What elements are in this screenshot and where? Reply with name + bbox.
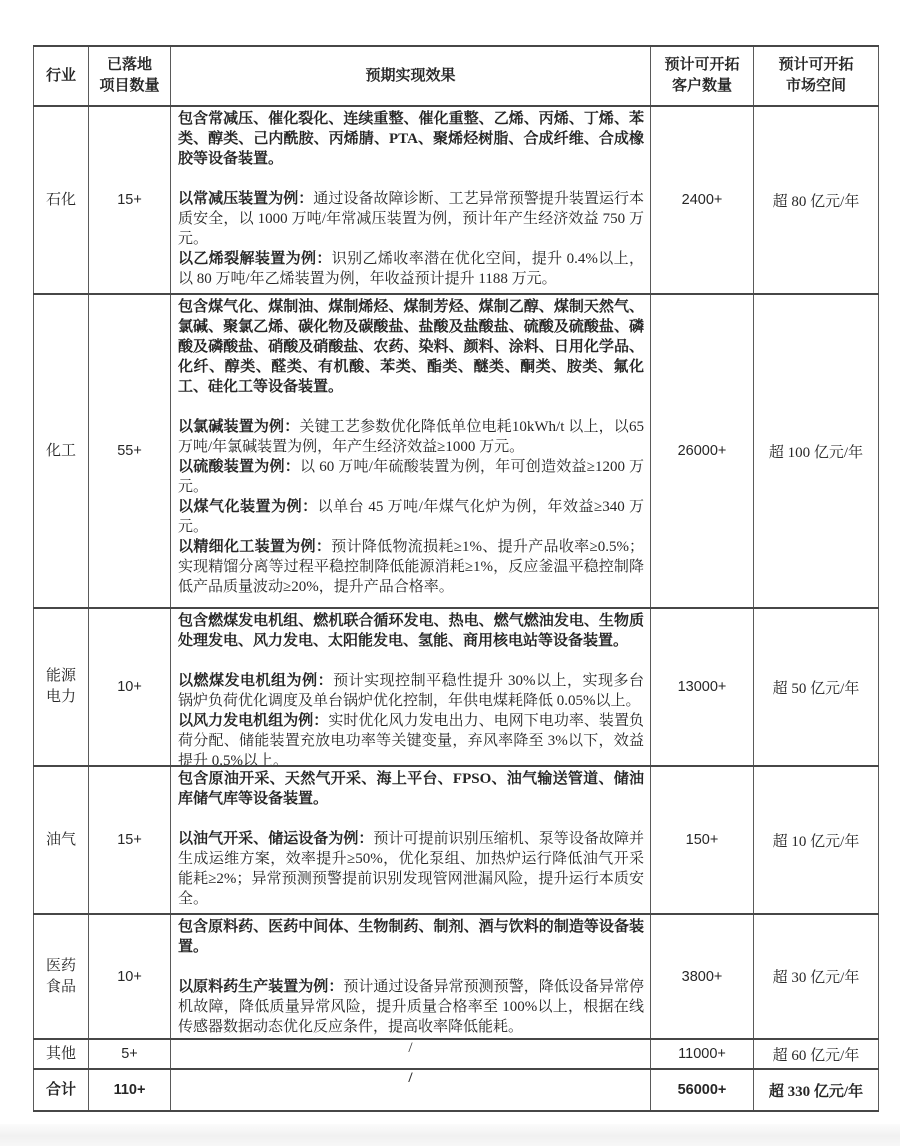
- effect-paragraph: 以常减压装置为例：通过设备故障诊断、工艺异常预警提升装置运行本质安全，以 100…: [178, 189, 644, 249]
- header-industry: 行业: [34, 46, 89, 106]
- projects-count-cell: 110+: [89, 1069, 171, 1111]
- table-row: 合计110+/56000+超 330 亿元/年: [34, 1069, 879, 1111]
- scan-shadow-band: [0, 1124, 900, 1146]
- effect-paragraph: 以乙烯裂解装置为例：识别乙烯收率潜在优化空间，提升 0.4%以上，以 80 万吨…: [178, 249, 644, 289]
- effects-text: 包含煤气化、煤制油、煤制烯烃、煤制芳烃、煤制乙醇、煤制天然气、氯碱、聚氯乙烯、碳…: [171, 295, 650, 607]
- market-space-cell: 超 10 亿元/年: [754, 766, 879, 914]
- market-space-cell: 超 60 亿元/年: [754, 1039, 879, 1069]
- projects-count-cell: 55+: [89, 294, 171, 608]
- projects-count-cell: 10+: [89, 608, 171, 766]
- projects-count-cell: 15+: [89, 766, 171, 914]
- projects-count-cell: 10+: [89, 914, 171, 1039]
- effect-paragraph: 包含煤气化、煤制油、煤制烯烃、煤制芳烃、煤制乙醇、煤制天然气、氯碱、聚氯乙烯、碳…: [178, 297, 644, 397]
- effects-cell: 包含原料药、医药中间体、生物制药、制剂、酒与饮料的制造等设备装置。以原料药生产装…: [171, 914, 651, 1039]
- effect-paragraph: 以燃煤发电机组为例：预计实现控制平稳性提升 30%以上，实现多台锅炉负荷优化调度…: [178, 671, 644, 711]
- effect-paragraph: 以煤气化装置为例：以单台 45 万吨/年煤气化炉为例，年效益≥340 万元。: [178, 497, 644, 537]
- table-header-row: 行业 已落地 项目数量 预期实现效果 预计可开拓 客户数量 预计可开拓 市场空间: [34, 46, 879, 106]
- table-row: 化工55+包含煤气化、煤制油、煤制烯烃、煤制芳烃、煤制乙醇、煤制天然气、氯碱、聚…: [34, 294, 879, 608]
- customers-count-cell: 2400+: [651, 106, 754, 294]
- effect-paragraph: 包含燃煤发电机组、燃机联合循环发电、热电、燃气燃油发电、生物质处理发电、风力发电…: [178, 611, 644, 651]
- effect-example-lead: 以乙烯裂解装置为例：: [178, 251, 332, 267]
- table-row: 其他5+/11000+超 60 亿元/年: [34, 1039, 879, 1069]
- table-row: 能源 电力10+包含燃煤发电机组、燃机联合循环发电、热电、燃气燃油发电、生物质处…: [34, 608, 879, 766]
- effect-example-lead: 以常减压装置为例：: [178, 191, 313, 207]
- effect-paragraph: 包含常减压、催化裂化、连续重整、催化重整、乙烯、丙烯、丁烯、苯类、醇类、己内酰胺…: [178, 109, 644, 169]
- effects-slash-cell: /: [171, 1039, 651, 1069]
- effects-cell: 包含煤气化、煤制油、煤制烯烃、煤制芳烃、煤制乙醇、煤制天然气、氯碱、聚氯乙烯、碳…: [171, 294, 651, 608]
- customers-count-cell: 13000+: [651, 608, 754, 766]
- projects-count-cell: 5+: [89, 1039, 171, 1069]
- effects-text: 包含常减压、催化裂化、连续重整、催化重整、乙烯、丙烯、丁烯、苯类、醇类、己内酰胺…: [171, 107, 650, 293]
- effect-example-lead: 以精细化工装置为例：: [178, 539, 331, 555]
- market-space-cell: 超 80 亿元/年: [754, 106, 879, 294]
- effect-example-lead: 以油气开采、储运设备为例：: [178, 831, 373, 847]
- table-row: 医药 食品10+包含原料药、医药中间体、生物制药、制剂、酒与饮料的制造等设备装置…: [34, 914, 879, 1039]
- projects-count-cell: 15+: [89, 106, 171, 294]
- table-row: 油气15+包含原油开采、天然气开采、海上平台、FPSO、油气输送管道、储油库储气…: [34, 766, 879, 914]
- effects-slash-cell: /: [171, 1069, 651, 1111]
- effects-cell: 包含常减压、催化裂化、连续重整、催化重整、乙烯、丙烯、丁烯、苯类、醇类、己内酰胺…: [171, 106, 651, 294]
- header-effects: 预期实现效果: [171, 46, 651, 106]
- effects-text: 包含原油开采、天然气开采、海上平台、FPSO、油气输送管道、储油库储气库等设备装…: [171, 767, 650, 913]
- market-space-cell: 超 50 亿元/年: [754, 608, 879, 766]
- customers-count-cell: 3800+: [651, 914, 754, 1039]
- market-space-cell: 超 30 亿元/年: [754, 914, 879, 1039]
- table-body: 石化15+包含常减压、催化裂化、连续重整、催化重整、乙烯、丙烯、丁烯、苯类、醇类…: [34, 106, 879, 1111]
- industry-cell: 合计: [34, 1069, 89, 1111]
- effects-text: 包含原料药、医药中间体、生物制药、制剂、酒与饮料的制造等设备装置。以原料药生产装…: [171, 915, 650, 1038]
- industry-cell: 能源 电力: [34, 608, 89, 766]
- market-space-cell: 超 330 亿元/年: [754, 1069, 879, 1111]
- customers-count-cell: 11000+: [651, 1039, 754, 1069]
- header-projects: 已落地 项目数量: [89, 46, 171, 106]
- effect-example-lead: 以氯碱装置为例：: [178, 419, 299, 435]
- customers-count-cell: 26000+: [651, 294, 754, 608]
- effect-paragraph: 包含原料药、医药中间体、生物制药、制剂、酒与饮料的制造等设备装置。: [178, 917, 644, 957]
- effect-example-lead: 以风力发电机组为例：: [178, 713, 328, 729]
- industry-cell: 石化: [34, 106, 89, 294]
- effect-paragraph: 以原料药生产装置为例：预计通过设备异常预测预警，降低设备异常停机故障，降低质量异…: [178, 977, 644, 1037]
- effect-example-lead: 以煤气化装置为例：: [178, 499, 318, 515]
- industry-effects-table: 行业 已落地 项目数量 预期实现效果 预计可开拓 客户数量 预计可开拓 市场空间…: [33, 45, 879, 1112]
- effects-cell: 包含原油开采、天然气开采、海上平台、FPSO、油气输送管道、储油库储气库等设备装…: [171, 766, 651, 914]
- effect-paragraph: 包含原油开采、天然气开采、海上平台、FPSO、油气输送管道、储油库储气库等设备装…: [178, 769, 644, 809]
- industry-cell: 其他: [34, 1039, 89, 1069]
- effect-paragraph: 以精细化工装置为例：预计降低物流损耗≥1%、提升产品收率≥0.5%；实现精馏分离…: [178, 537, 644, 597]
- effect-paragraph: 以风力发电机组为例：实时优化风力发电出力、电网下电功率、装置负荷分配、储能装置充…: [178, 711, 644, 765]
- industry-cell: 化工: [34, 294, 89, 608]
- effect-example-lead: 以燃煤发电机组为例：: [178, 673, 333, 689]
- effects-text: 包含燃煤发电机组、燃机联合循环发电、热电、燃气燃油发电、生物质处理发电、风力发电…: [171, 609, 650, 765]
- effect-paragraph: 以硫酸装置为例：以 60 万吨/年硫酸装置为例，年可创造效益≥1200 万元。: [178, 457, 644, 497]
- industry-cell: 医药 食品: [34, 914, 89, 1039]
- customers-count-cell: 56000+: [651, 1069, 754, 1111]
- industry-cell: 油气: [34, 766, 89, 914]
- market-space-cell: 超 100 亿元/年: [754, 294, 879, 608]
- customers-count-cell: 150+: [651, 766, 754, 914]
- header-customers: 预计可开拓 客户数量: [651, 46, 754, 106]
- header-market: 预计可开拓 市场空间: [754, 46, 879, 106]
- effect-paragraph: 以氯碱装置为例：关键工艺参数优化降低单位电耗10kWh/t 以上，以65 万吨/…: [178, 417, 644, 457]
- effect-example-lead: 以硫酸装置为例：: [178, 459, 300, 475]
- effect-paragraph: 以油气开采、储运设备为例：预计可提前识别压缩机、泵等设备故障并生成运维方案，效率…: [178, 829, 644, 909]
- table-row: 石化15+包含常减压、催化裂化、连续重整、催化重整、乙烯、丙烯、丁烯、苯类、醇类…: [34, 106, 879, 294]
- effects-cell: 包含燃煤发电机组、燃机联合循环发电、热电、燃气燃油发电、生物质处理发电、风力发电…: [171, 608, 651, 766]
- effect-example-lead: 以原料药生产装置为例：: [178, 979, 343, 995]
